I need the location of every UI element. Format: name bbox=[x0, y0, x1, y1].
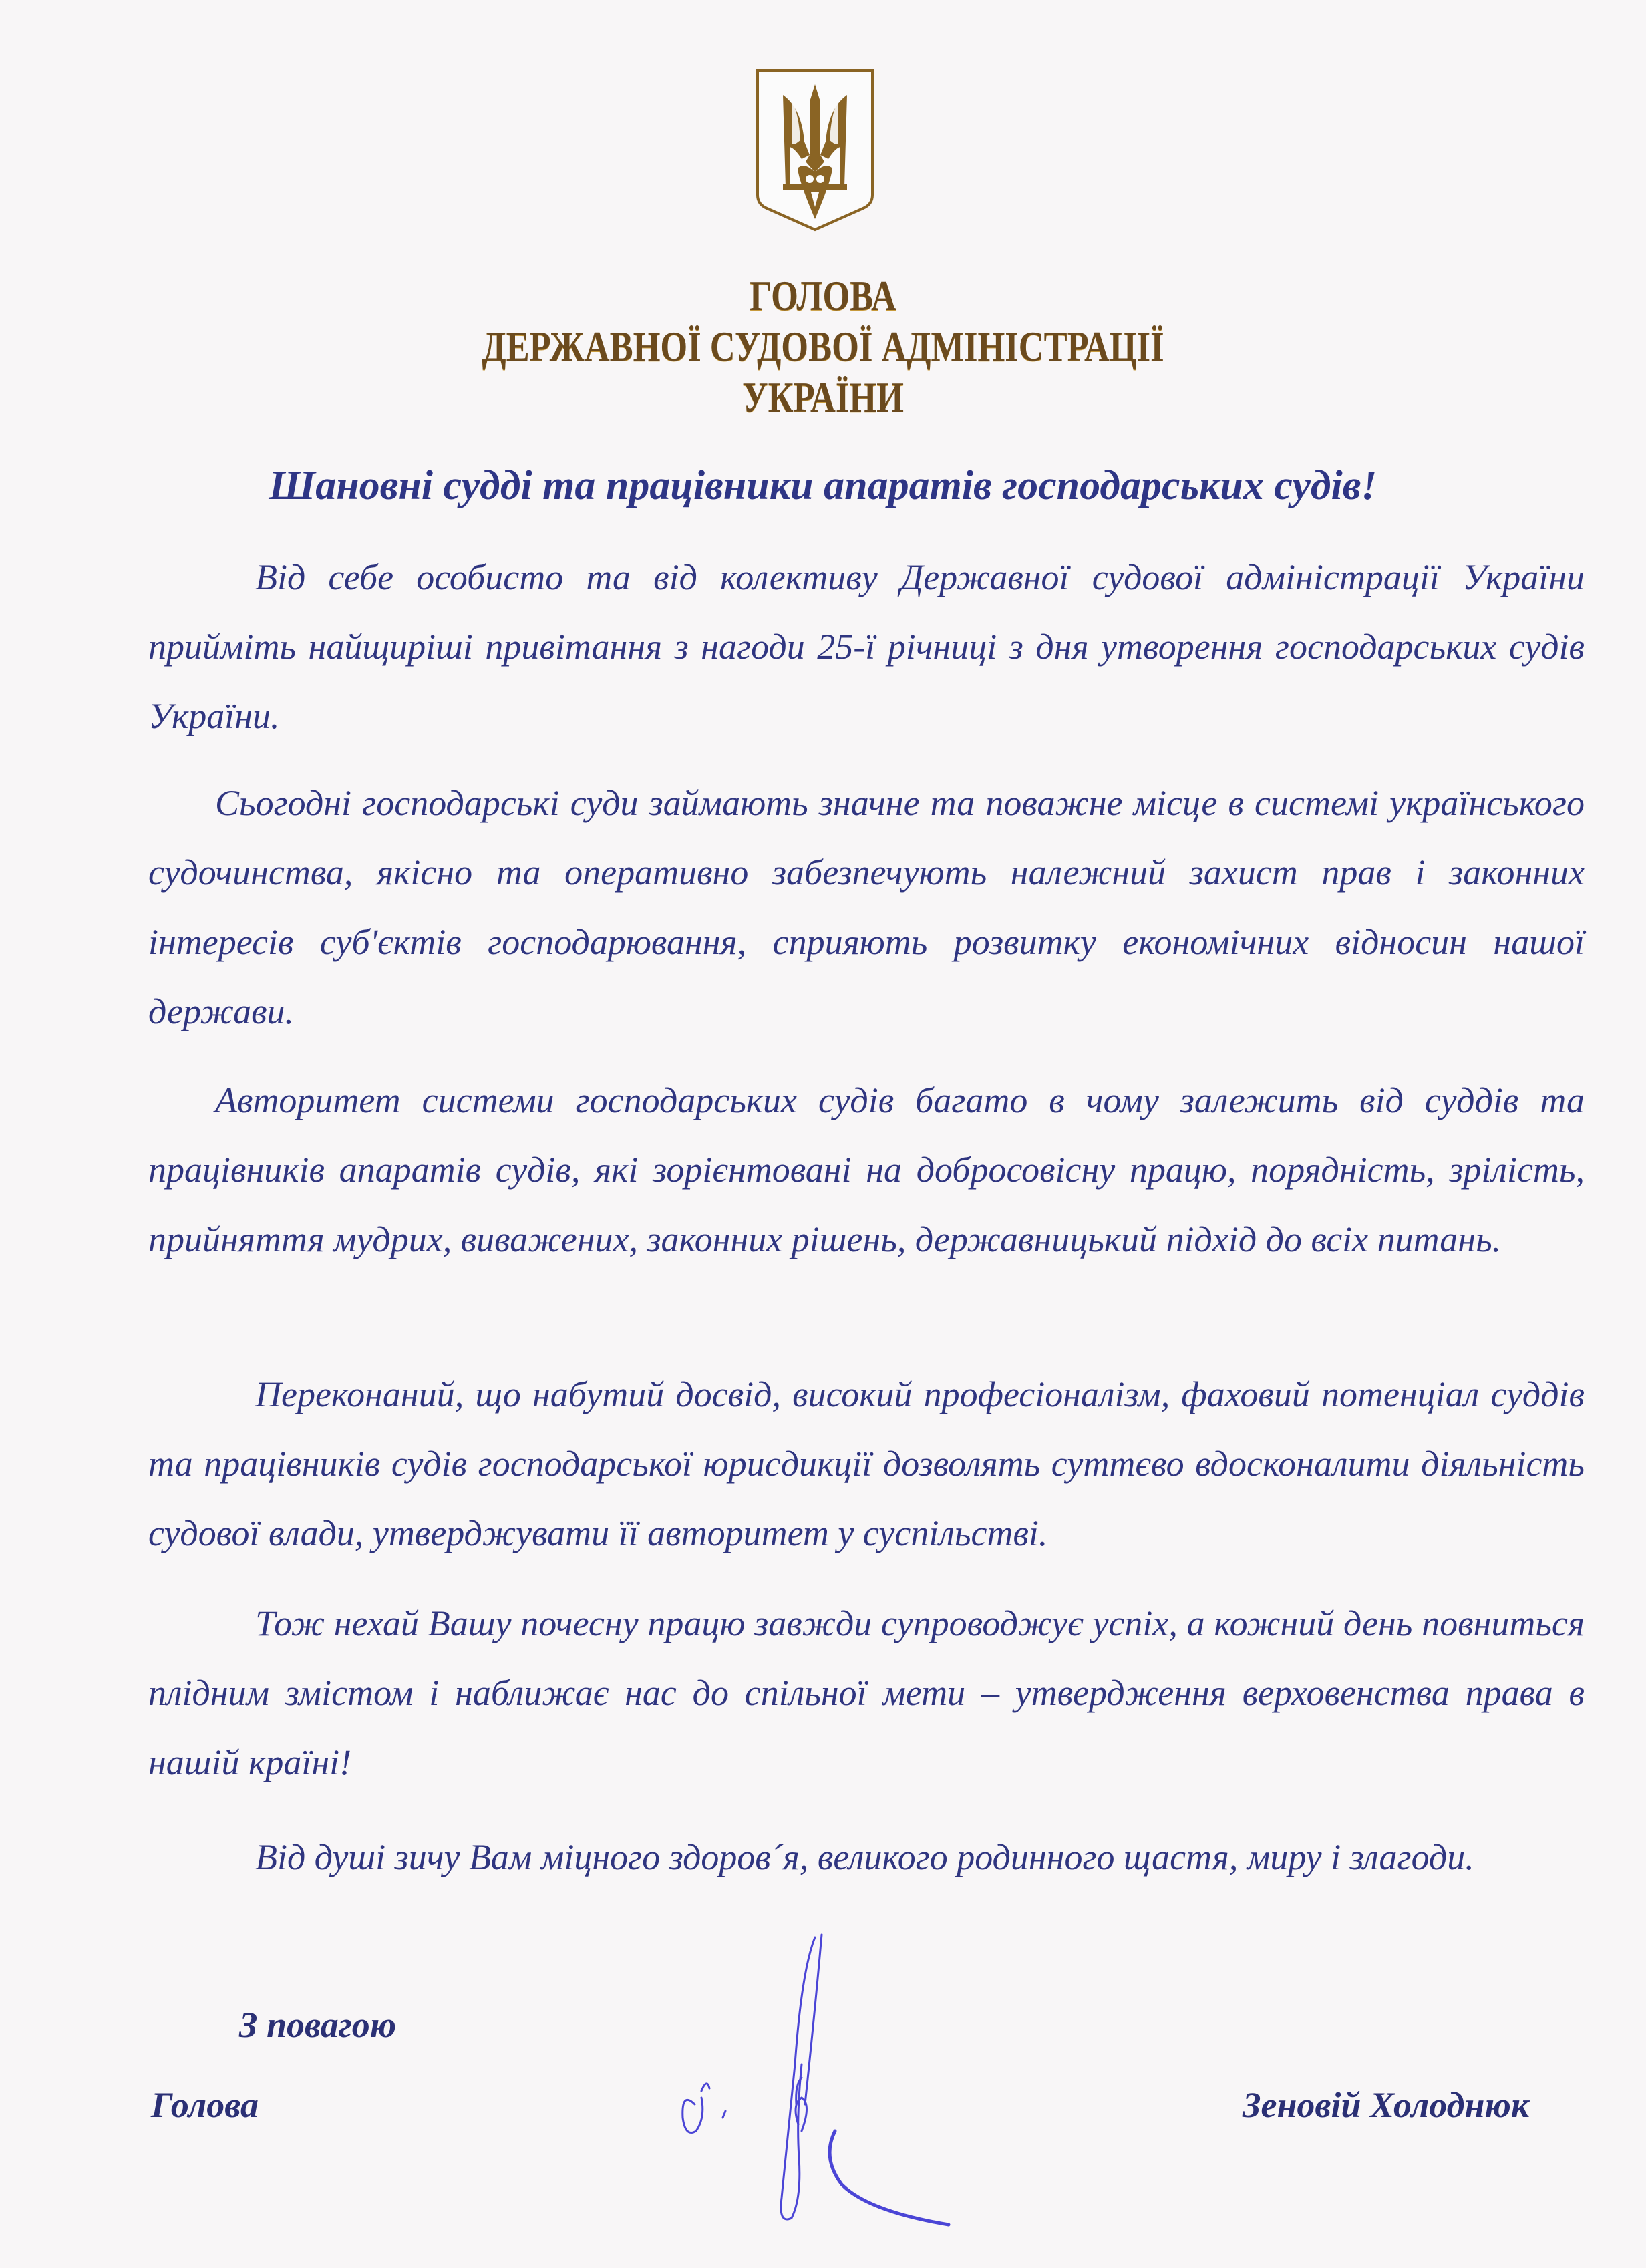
closing-regards: З повагою bbox=[239, 2004, 396, 2046]
signer-name: Зеновій Холоднюк bbox=[1243, 2084, 1529, 2126]
paragraph-text: Тож нехай Вашу почесну працю завжди супр… bbox=[148, 1589, 1585, 1797]
signer-position: Голова bbox=[151, 2084, 259, 2126]
letterhead-line-1: ГОЛОВА bbox=[148, 271, 1498, 321]
ukraine-trident-emblem-icon bbox=[748, 61, 882, 232]
paragraph-text: Авторитет системи господарських судів ба… bbox=[148, 1066, 1585, 1274]
letterhead-title: ГОЛОВА ДЕРЖАВНОЇ СУДОВОЇ АДМІНІСТРАЦІЇ У… bbox=[148, 271, 1498, 423]
letter-page: ГОЛОВА ДЕРЖАВНОЇ СУДОВОЇ АДМІНІСТРАЦІЇ У… bbox=[0, 0, 1646, 2268]
paragraph-text: Сьогодні господарські суди займають знач… bbox=[148, 768, 1585, 1046]
handwritten-signature-icon bbox=[601, 1931, 1136, 2238]
letterhead-line-2: ДЕРЖАВНОЇ СУДОВОЇ АДМІНІСТРАЦІЇ bbox=[148, 321, 1498, 372]
paragraph-3: Авторитет системи господарських судів ба… bbox=[148, 1066, 1585, 1274]
paragraph-5: Тож нехай Вашу почесну працю завжди супр… bbox=[148, 1589, 1585, 1797]
paragraph-2: Сьогодні господарські суди займають знач… bbox=[148, 768, 1585, 1046]
paragraph-text: Від себе особисто та від колективу Держа… bbox=[148, 542, 1585, 751]
letterhead-line-3: УКРАЇНИ bbox=[148, 372, 1498, 423]
paragraph-text: Переконаний, що набутий досвід, високий … bbox=[148, 1359, 1585, 1568]
salutation: Шановні судді та працівники апаратів гос… bbox=[0, 462, 1646, 510]
paragraph-4: Переконаний, що набутий досвід, високий … bbox=[148, 1359, 1585, 1568]
paragraph-6: Від душі зичу Вам міцного здоров´я, вели… bbox=[148, 1822, 1585, 1892]
paragraph-1: Від себе особисто та від колективу Держа… bbox=[148, 542, 1585, 751]
paragraph-text: Від душі зичу Вам міцного здоров´я, вели… bbox=[148, 1822, 1585, 1892]
